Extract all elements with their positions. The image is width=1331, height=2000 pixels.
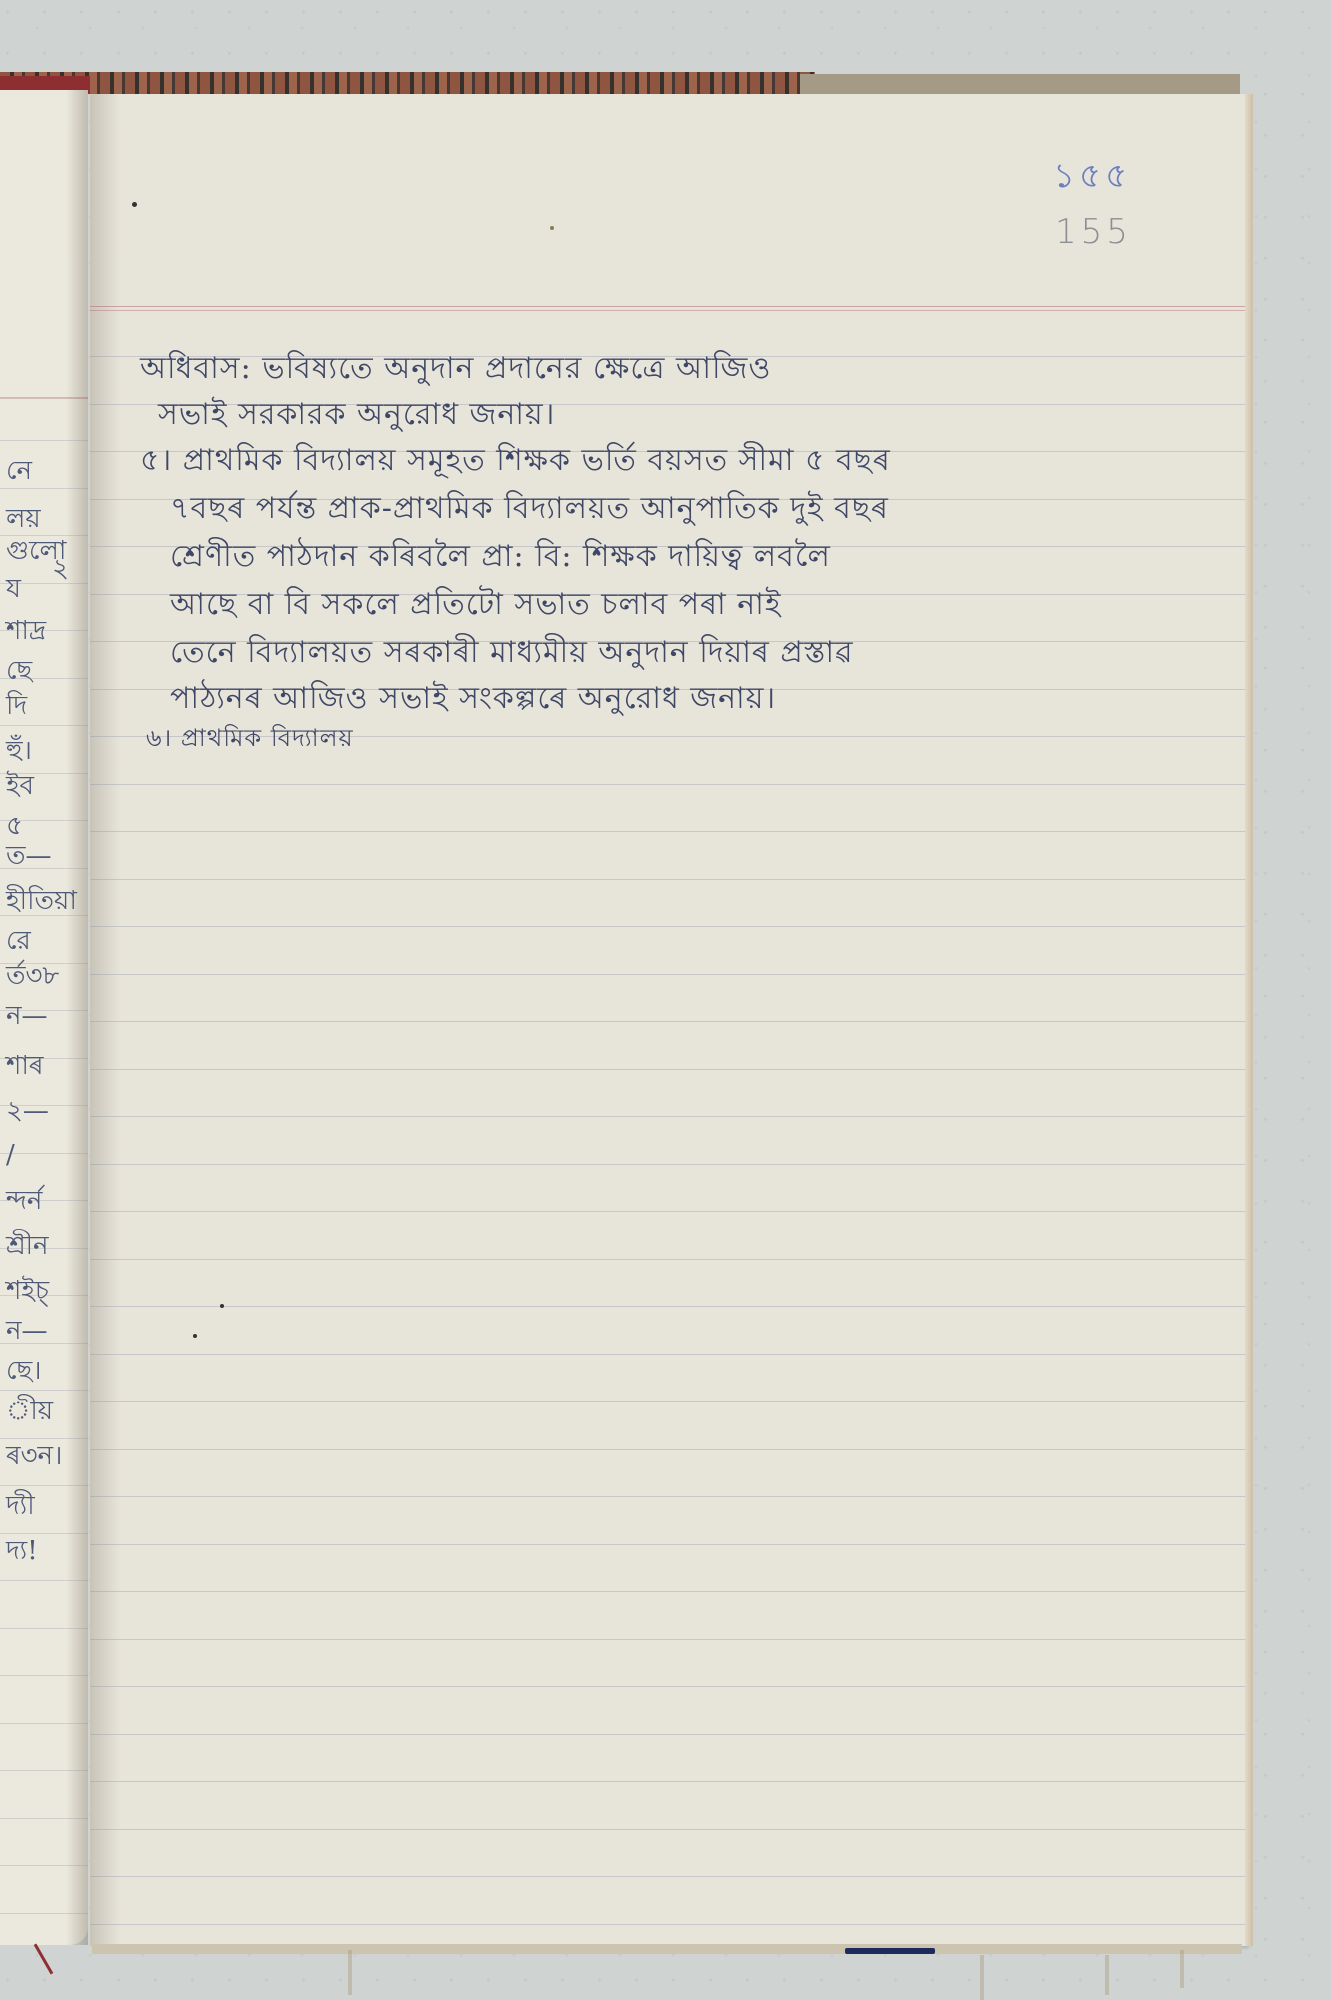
page-number-bengali: ১৫৫ — [1053, 150, 1131, 207]
left-page-fragment: শাদ্ৰ — [6, 610, 46, 654]
binding-board — [800, 74, 1240, 96]
ruled-line — [90, 1876, 1245, 1877]
left-page: নেলয়গুলো২যশাদ্ৰছেদিহুঁ।ইব৫ত—হীতিয়ারেৰ্… — [0, 90, 88, 1945]
water-stain — [1180, 1950, 1184, 1988]
handwritten-line: শ্রেণীত পাঠদান কৰিবলৈ প্রা: বি: শিক্ষক দ… — [170, 532, 831, 583]
ruled-line — [90, 1449, 1245, 1450]
speck — [550, 226, 554, 230]
left-ruled-line — [0, 1485, 88, 1486]
left-ruled-line — [0, 1105, 88, 1106]
left-ruled-line — [0, 1818, 88, 1819]
left-ruled-line — [0, 1675, 88, 1676]
ruled-line — [90, 784, 1245, 785]
ruled-line — [90, 926, 1245, 927]
left-ruled-line — [0, 1200, 88, 1201]
left-page-fragment: ত— — [6, 835, 52, 879]
left-ruled-line — [0, 725, 88, 726]
water-stain — [1105, 1955, 1109, 1995]
left-page-fragment: দ্যী — [6, 1485, 35, 1529]
page-gutter — [90, 94, 120, 1946]
notebook-page: ১৫৫ 155 অধিবাস: ভবিষ্যতে অনুদান প্রদানের… — [90, 94, 1245, 1946]
ruled-line — [90, 1544, 1245, 1545]
ruled-line — [90, 1164, 1245, 1165]
ruled-line — [90, 1116, 1245, 1117]
ruled-line — [90, 1211, 1245, 1212]
ruled-line — [90, 1781, 1245, 1782]
speck — [132, 202, 137, 207]
ruled-line — [90, 831, 1245, 832]
left-page-fragment: ন্দর্ন — [6, 1180, 42, 1224]
ruled-line — [90, 879, 1245, 880]
notebook-binding — [0, 66, 1245, 96]
left-page-fragment: ৰ্ত৩৮ — [6, 955, 59, 999]
left-page-fragment: ৰ৩ন। — [6, 1435, 62, 1479]
left-page-fragment: ছে। — [6, 1350, 42, 1394]
left-page-fragment: ীয় — [6, 1390, 53, 1434]
left-ruled-line — [0, 630, 88, 631]
left-ruled-line — [0, 1865, 88, 1866]
left-ruled-line — [0, 963, 88, 964]
left-page-shadow — [66, 90, 88, 1945]
left-ruled-line — [0, 440, 88, 441]
left-page-fragment: দ্য! — [6, 1530, 38, 1574]
left-ruled-line — [0, 868, 88, 869]
left-page-fragment: ২— — [6, 1090, 49, 1134]
handwritten-line: ৬। প্রাথমিক বিদ্যালয় — [146, 720, 354, 760]
ruled-line — [90, 1021, 1245, 1022]
ruled-line — [90, 1924, 1245, 1925]
water-stain — [348, 1950, 352, 1995]
left-ruled-line — [0, 1058, 88, 1059]
left-ruled-line — [0, 1438, 88, 1439]
ruled-line — [90, 1401, 1245, 1402]
left-page-fragment: / — [6, 1140, 15, 1170]
left-ruled-line — [0, 488, 88, 489]
left-page-fragment: ন— — [6, 995, 48, 1039]
left-page-fragment: হীতিয়া — [6, 880, 77, 924]
speck — [220, 1304, 224, 1308]
speck — [193, 1334, 197, 1338]
left-ruled-line — [0, 678, 88, 679]
left-page-fragment: দি — [6, 685, 27, 729]
page-edge — [1245, 94, 1253, 1946]
left-ruled-line — [0, 1390, 88, 1391]
left-page-fragment: শ্রীন — [6, 1225, 49, 1269]
ruled-line — [90, 1591, 1245, 1592]
left-ruled-line — [0, 1723, 88, 1724]
ruled-line — [90, 1306, 1245, 1307]
left-ruled-line — [0, 1295, 88, 1296]
left-ruled-line — [0, 1913, 88, 1914]
header-margin-rule — [90, 306, 1245, 311]
handwritten-line: ৫। প্রাথমিক বিদ্যালয় সমূহত শিক্ষক ভৰ্তি… — [140, 436, 891, 487]
left-ruled-line — [0, 1533, 88, 1534]
left-ruled-line — [0, 1010, 88, 1011]
page-bottom-edge — [92, 1944, 1242, 1954]
left-page-fragment: ২ — [52, 548, 69, 592]
left-page-fragment: শাৰ — [6, 1045, 44, 1089]
handwritten-line: সভাই সরকারক অনুরোধ জনায়। — [158, 390, 555, 441]
ruled-line — [90, 1354, 1245, 1355]
left-page-fragment: ন— — [6, 1310, 48, 1354]
ruled-line — [90, 1069, 1245, 1070]
handwritten-line: পাঠ্যনৰ আজিও সভাই সংকল্পৰে অনুরোধ জনায়। — [170, 674, 776, 725]
handwritten-line: ৭বছৰ পর্যন্ত প্রাক-প্রাথমিক বিদ্যালয়ত আ… — [170, 484, 889, 535]
left-ruled-line — [0, 535, 88, 536]
binding-cloth — [0, 72, 815, 94]
ruled-line — [90, 1639, 1245, 1640]
left-ruled-line — [0, 1770, 88, 1771]
handwritten-line: তেনে বিদ্যালয়ত সৰকাৰী মাধ্যমীয় অনুদান … — [170, 628, 854, 679]
left-page-fragment: য — [6, 568, 21, 612]
handwritten-line: অধিবাস: ভবিষ্যতে অনুদান প্রদানের ক্ষেত্র… — [140, 344, 771, 395]
left-ruled-line — [0, 1153, 88, 1154]
left-ruled-line — [0, 1628, 88, 1629]
left-ruled-line — [0, 1248, 88, 1249]
ruled-line — [90, 1496, 1245, 1497]
handwritten-line: আছে বা বি সকলে প্রতিটো সভাত চলাব পৰা নাই — [170, 580, 781, 631]
left-page-fragment: শইচ্ — [6, 1270, 49, 1314]
ruled-line — [90, 1734, 1245, 1735]
page-number-arabic: 155 — [1055, 212, 1132, 252]
ruled-line — [90, 1259, 1245, 1260]
left-ruled-line — [0, 1343, 88, 1344]
ruled-line — [90, 974, 1245, 975]
ruled-line — [90, 1686, 1245, 1687]
ink-mark — [845, 1948, 935, 1954]
water-stain — [980, 1955, 984, 2000]
ruled-line — [90, 1829, 1245, 1830]
left-ruled-line — [0, 915, 88, 916]
left-ruled-line — [0, 583, 88, 584]
left-ruled-line — [0, 820, 88, 821]
left-page-fragment: ইব — [6, 765, 34, 809]
left-ruled-line — [0, 1580, 88, 1581]
left-ruled-line — [0, 773, 88, 774]
